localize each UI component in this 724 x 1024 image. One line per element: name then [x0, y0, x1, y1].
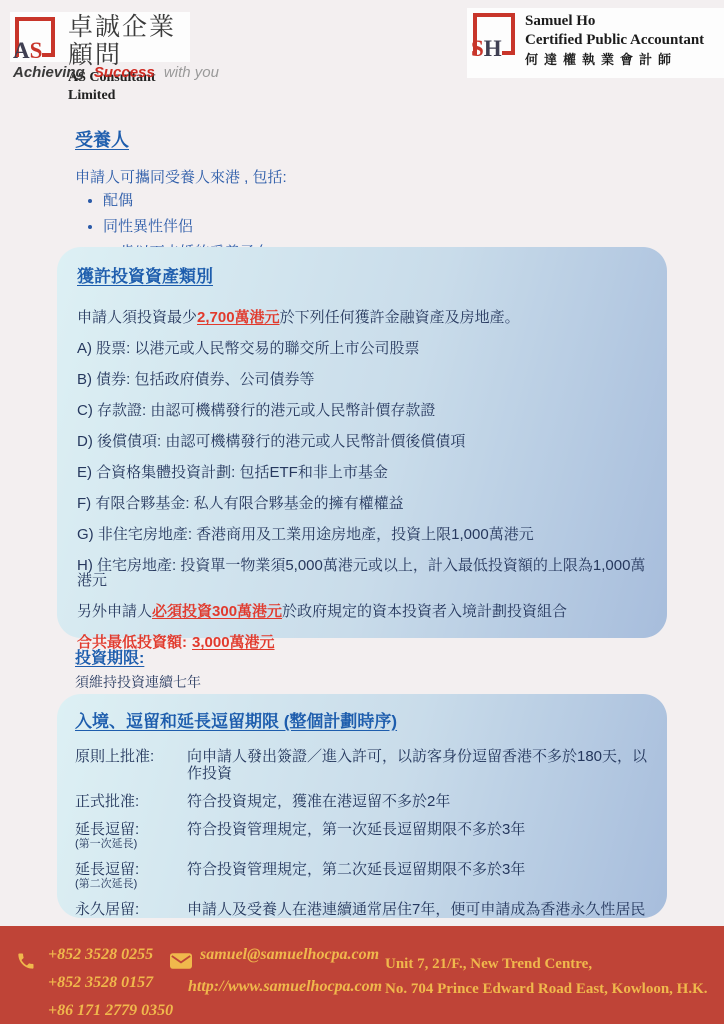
timeline-row: 延長逗留:(第一次延長) 符合投資管理規定，第一次延長逗留期限不多於3年	[75, 821, 649, 850]
timeline-row-text: 符合投資規定，獲准在港逗留不多於2年	[187, 793, 649, 810]
assets-heading: 獲許投資資產類別	[77, 262, 213, 287]
address-line-1: Unit 7, 21/F., New Trend Centre,	[385, 952, 708, 977]
as-logo-text: 卓誠企業顧問 AS Consultant Limited	[68, 13, 190, 105]
timeline-row-label: 原則上批准:	[75, 748, 187, 782]
tagline-with-you: with you	[164, 64, 219, 81]
sh-logo-text: Samuel Ho Certified Public Accountant 何達…	[525, 12, 704, 70]
timeline-row-label: 延長逗留:(第一次延長)	[75, 821, 187, 850]
timeline-row-label-sub: (第二次延長)	[75, 878, 187, 890]
section-stay-timeline: 入境、逗留和延長逗留期限 (整個計劃時序) 原則上批准: 向申請人發出簽證／進入…	[57, 694, 667, 918]
as-logo-letter-a: A	[13, 38, 30, 63]
timeline-row-label: 正式批准:	[75, 793, 187, 810]
timeline-row: 原則上批准: 向申請人發出簽證／進入許可，以訪客身份逗留香港不多於180天，以作…	[75, 748, 649, 782]
as-logo-frame-foot	[42, 53, 55, 57]
tagline-success: Success	[94, 64, 155, 81]
timeline-row-text: 向申請人發出簽證／進入許可，以訪客身份逗留香港不多於180天，以作投資	[187, 748, 649, 782]
accountant-name-zh: 何達權執業會計師	[525, 50, 704, 70]
as-consultant-logo: AS 卓誠企業顧問 AS Consultant Limited	[10, 12, 190, 62]
address-line-2: No. 704 Prince Edward Road East, Kowloon…	[385, 977, 708, 1002]
timeline-row: 延長逗留:(第二次延長) 符合投資管理規定，第二次延長逗留期限不多於3年	[75, 861, 649, 890]
section-dependants: 受養人 申請人可攜同受養人來港 , 包括: 配偶 同性異性伴侶 18歲以下未婚的…	[75, 126, 635, 267]
company-tagline: Achieving Success with you	[13, 64, 219, 81]
contact-footer: +852 3528 0255 +852 3528 0157 +86 171 27…	[0, 926, 724, 1024]
timeline-row-text: 符合投資管理規定，第一次延長逗留期限不多於3年	[187, 821, 649, 850]
timeline-row: 永久居留: 申請人及受養人在港連續通常居住7年，便可申請成為香港永久性居民	[75, 901, 649, 918]
website-url[interactable]: http://www.samuelhocpa.com	[188, 978, 382, 996]
assets-extra-prefix: 另外申請人	[77, 603, 152, 620]
sh-logo-letters: SH	[471, 36, 502, 62]
asset-item-b: B) 債券: 包括政府債券、公司債券等	[77, 372, 647, 387]
as-logo-mark: AS	[15, 17, 55, 57]
email-address[interactable]: samuel@samuelhocpa.com	[200, 946, 379, 964]
as-logo-letter-s: S	[30, 38, 43, 63]
accountant-title: Certified Public Accountant	[525, 31, 704, 50]
timeline-row-label-main: 延長逗留:	[75, 821, 139, 838]
assets-intro-prefix: 申請人須投資最少	[77, 309, 197, 326]
timeline-row-text: 符合投資管理規定，第二次延長逗留期限不多於3年	[187, 861, 649, 890]
list-item: 配偶	[103, 189, 635, 210]
assets-intro: 申請人須投資最少2,700萬港元於下列任何獲許金融資產及房地產。	[77, 310, 647, 325]
dependants-heading: 受養人	[75, 126, 635, 152]
section-permissible-assets: 獲許投資資產類別 申請人須投資最少2,700萬港元於下列任何獲許金融資產及房地產…	[57, 247, 667, 638]
as-logo-letters: AS	[13, 38, 42, 64]
phone-number: +86 171 2779 0350	[48, 997, 173, 1024]
asset-item-f: F) 有限合夥基金: 私人有限合夥基金的擁有權權益	[77, 496, 647, 511]
office-address: Unit 7, 21/F., New Trend Centre, No. 704…	[385, 952, 708, 1002]
asset-item-a: A) 股票: 以港元或人民幣交易的聯交所上市公司股票	[77, 341, 647, 356]
assets-intro-amount: 2,700萬港元	[197, 309, 280, 326]
phone-number: +852 3528 0157	[48, 969, 173, 997]
assets-extra-suffix: 於政府規定的資本投資者入境計劃投資組合	[282, 603, 567, 620]
phone-number: +852 3528 0255	[48, 941, 173, 969]
assets-extra-requirement: 另外申請人必須投資300萬港元於政府規定的資本投資者入境計劃投資組合	[77, 604, 647, 619]
period-heading: 投資期限:	[75, 645, 475, 668]
tagline-achieving: Achieving	[13, 64, 85, 81]
assets-extra-amount: 必須投資300萬港元	[152, 603, 282, 620]
sh-logo-frame-foot	[502, 51, 515, 55]
sh-logo-letter-s: S	[471, 36, 484, 61]
timeline-heading: 入境、逗留和延長逗留期限 (整個計劃時序)	[75, 707, 397, 732]
list-item: 同性異性伴侶	[103, 215, 635, 236]
timeline-row-label: 延長逗留:(第二次延長)	[75, 861, 187, 890]
timeline-row: 正式批准: 符合投資規定，獲准在港逗留不多於2年	[75, 793, 649, 810]
samuel-ho-logo: SH Samuel Ho Certified Public Accountant…	[467, 8, 724, 78]
timeline-row-label-sub: (第一次延長)	[75, 838, 187, 850]
accountant-name: Samuel Ho	[525, 12, 704, 31]
asset-item-h: H) 住宅房地產: 投資單一物業須5,000萬港元或以上，計入最低投資額的上限為…	[77, 558, 647, 588]
phone-numbers: +852 3528 0255 +852 3528 0157 +86 171 27…	[48, 941, 173, 1024]
assets-intro-suffix: 於下列任何獲許金融資產及房地產。	[280, 309, 520, 326]
period-text: 須維持投資連續七年	[75, 672, 475, 692]
section-investment-period: 投資期限: 須維持投資連續七年	[75, 645, 475, 692]
asset-item-e: E) 合資格集體投資計劃: 包括ETF和非上市基金	[77, 465, 647, 480]
dependants-intro: 申請人可攜同受養人來港 , 包括:	[75, 166, 635, 187]
email-icon	[170, 953, 192, 969]
asset-item-c: C) 存款證: 由認可機構發行的港元或人民幣計價存款證	[77, 403, 647, 418]
timeline-row-label-main: 延長逗留:	[75, 861, 139, 878]
timeline-row-label: 永久居留:	[75, 901, 187, 918]
phone-icon	[16, 951, 36, 971]
asset-item-d: D) 後償債項: 由認可機構發行的港元或人民幣計價後償債項	[77, 434, 647, 449]
timeline-row-text: 申請人及受養人在港連續通常居住7年，便可申請成為香港永久性居民	[187, 901, 649, 918]
company-name-zh: 卓誠企業顧問	[68, 13, 190, 69]
asset-item-g: G) 非住宅房地產: 香港商用及工業用途房地產，投資上限1,000萬港元	[77, 527, 647, 542]
sh-logo-mark: SH	[473, 13, 515, 55]
sh-logo-letter-h: H	[484, 36, 502, 61]
